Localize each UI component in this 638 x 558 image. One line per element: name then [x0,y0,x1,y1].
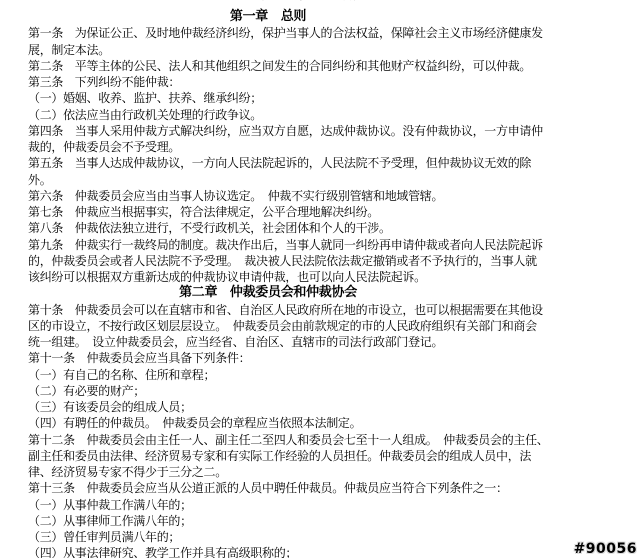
document-body: 第一章 总则第一条 为保证公正、及时地仲裁经济纠纷，保护当事人的合法权益，保障社… [28,9,628,558]
text-line: 区的市设立，不按行政区划层层设立。 仲裁委员会由前款规定的市的人民政府组织有关部… [28,318,628,334]
text-line: 第三条 下列纠纷不能仲裁： [28,74,628,90]
text-line: 第二条 平等主体的公民、法人和其他组织之间发生的合同纠纷和其他财产权益纠纷，可以… [28,58,628,74]
text-line: 第十一条 仲裁委员会应当具备下列条件： [28,350,628,366]
text-line: （一）有自己的名称、住所和章程； [28,367,628,383]
text-line: 律、经济贸易专家不得少于三分之二。 [28,464,628,480]
text-line: 第一条 为保证公正、及时地仲裁经济纠纷，保护当事人的合法权益，保障社会主义市场经… [28,25,628,41]
text-line: 外。 [28,172,628,188]
text-line: 第五条 当事人达成仲裁协议，一方向人民法院起诉的，人民法院不予受理，但仲裁协议无… [28,155,628,171]
watermark-id: #90056 [574,541,637,557]
text-line: 第七条 仲裁应当根据事实，符合法律规定，公平合理地解决纠纷。 [28,204,628,220]
chapter-heading: 第二章 仲裁委员会和仲裁协会 [28,285,508,301]
text-line: （一）从事仲裁工作满八年的； [28,497,628,513]
text-line: （四）有聘任的仲裁员。 仲裁委员会的章程应当依照本法制定。 [28,415,628,431]
text-line: （二）有必要的财产； [28,383,628,399]
text-line: 第八条 仲裁依法独立进行，不受行政机关，社会团体和个人的干涉。 [28,220,628,236]
text-line: 该纠纷可以根据双方重新达成的仲裁协议申请仲裁，也可以向人民法院起诉。 [28,269,628,285]
text-line: 统一组建。 设立仲裁委员会，应当经省、自治区、直辖市的司法行政部门登记。 [28,334,628,350]
text-line: 第六条 仲裁委员会应当由当事人协议选定。 仲裁不实行级别管辖和地域管辖。 [28,188,628,204]
text-line: （三）曾任审判员满八年的； [28,529,628,545]
text-line: （一）婚姻、收养、监护、扶养、继承纠纷； [28,90,628,106]
clipped-date-line: （1994年8月31日） [252,0,365,3]
text-line: 的，仲裁委员会或者人民法院不予受理。 裁决被人民法院依法裁定撤销或者不予执行的，… [28,253,628,269]
chapter-heading: 第一章 总则 [28,9,508,25]
text-line: 副主任和委员由法律、经济贸易专家和有实际工作经验的人员担任。仲裁委员会的组成人员… [28,448,628,464]
text-line: 第四条 当事人采用仲裁方式解决纠纷，应当双方自愿，达成仲裁协议。没有仲裁协议，一… [28,123,628,139]
text-line: 第九条 仲裁实行一裁终局的制度。裁决作出后，当事人就同一纠纷再申请仲裁或者向人民… [28,237,628,253]
document-page: （1994年8月31日） 第一章 总则第一条 为保证公正、及时地仲裁经济纠纷，保… [0,0,638,558]
text-line: 裁的，仲裁委员会不予受理。 [28,139,628,155]
text-line: （三）有该委员会的组成人员； [28,399,628,415]
text-line: （四）从事法律研究、教学工作并具有高级职称的； [28,545,628,558]
text-line: 第十二条 仲裁委员会由主任一人、副主任二至四人和委员会七至十一人组成。 仲裁委员… [28,432,628,448]
text-line: 展，制定本法。 [28,42,628,58]
text-line: （二）从事律师工作满八年的； [28,513,628,529]
text-line: （二）依法应当由行政机关处理的行政争议。 [28,107,628,123]
text-line: 第十条 仲裁委员会可以在直辖市和省、自治区人民政府所在地的市设立，也可以根据需要… [28,302,628,318]
text-line: 第十三条 仲裁委员会应当从公道正派的人员中聘任仲裁员。仲裁员应当符合下列条件之一… [28,480,628,496]
